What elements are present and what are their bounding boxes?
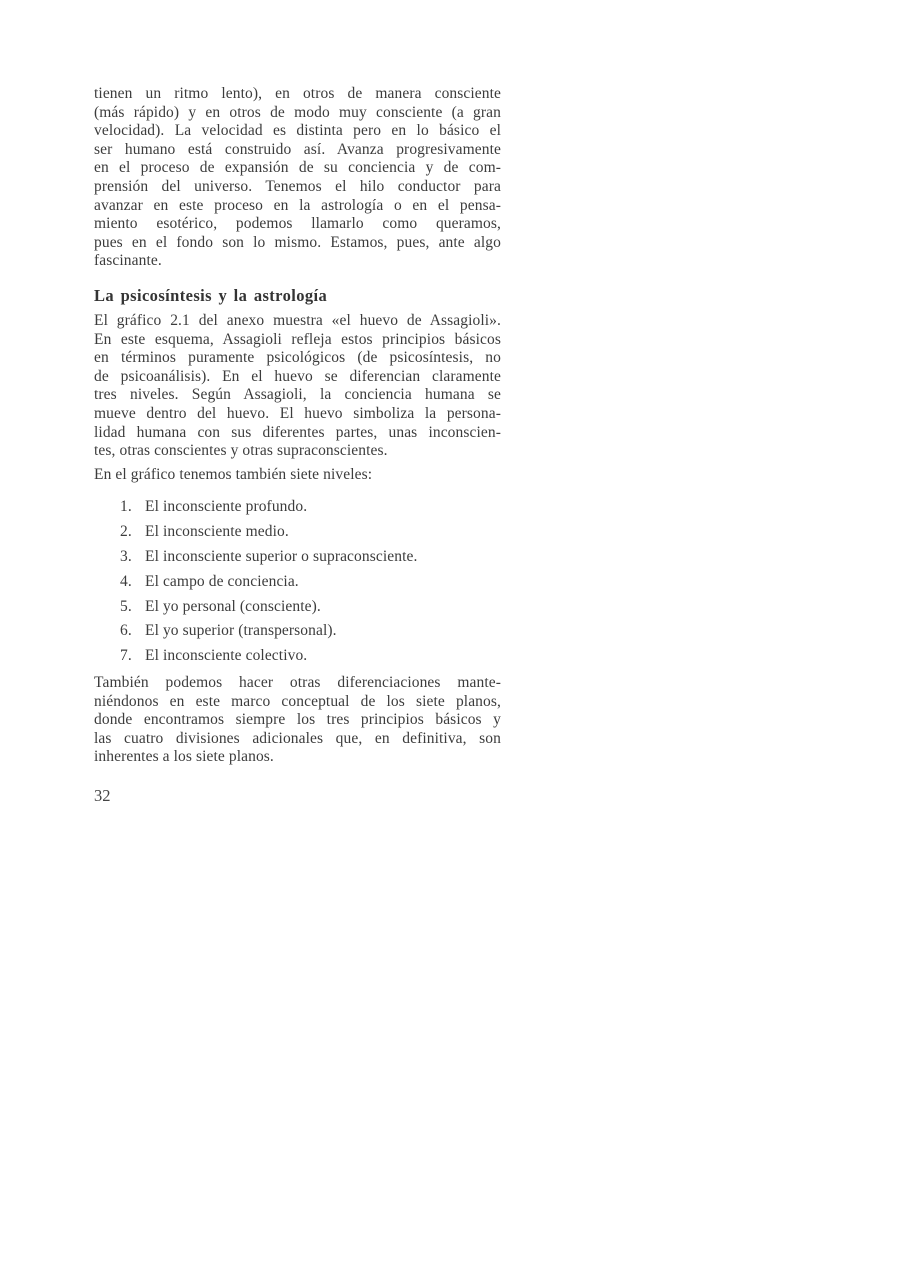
list-item-text: El yo superior (transpersonal). <box>145 622 337 640</box>
text-line: El gráfico 2.1 del anexo muestra «el hue… <box>94 312 501 331</box>
body-paragraph-1: tienen un ritmo lento), en otros de mane… <box>94 85 501 271</box>
text-line: avanzar en este proceso en la astrología… <box>94 197 501 216</box>
text-line: prensión del universo. Tenemos el hilo c… <box>94 178 501 197</box>
list-item: 7. El inconsciente colectivo. <box>94 647 501 672</box>
list-item-number: 3. <box>120 548 145 566</box>
list-item: 6. El yo superior (transpersonal). <box>94 622 501 647</box>
text-line: en términos puramente psicológicos (de p… <box>94 349 501 368</box>
book-page: tienen un ritmo lento), en otros de mane… <box>0 0 905 1280</box>
list-item-number: 1. <box>120 498 145 516</box>
list-item-text: El inconsciente colectivo. <box>145 647 307 665</box>
text-line: en el proceso de expansión de su concien… <box>94 159 501 178</box>
text-line: fascinante. <box>94 252 501 271</box>
text-line: pues en el fondo son lo mismo. Estamos, … <box>94 234 501 253</box>
text-line: lidad humana con sus diferentes partes, … <box>94 424 501 443</box>
text-line: miento esotérico, podemos llamarlo como … <box>94 215 501 234</box>
text-line: tres niveles. Según Assagioli, la concie… <box>94 386 501 405</box>
text-line: las cuatro divisiones adicionales que, e… <box>94 730 501 749</box>
list-item: 4. El campo de conciencia. <box>94 573 501 598</box>
section-heading: La psicosíntesis y la astrología <box>94 286 501 306</box>
text-line: En este esquema, Assagioli refleja estos… <box>94 331 501 350</box>
body-paragraph-2: El gráfico 2.1 del anexo muestra «el hue… <box>94 312 501 461</box>
list-item-text: El yo personal (consciente). <box>145 598 321 616</box>
list-item-number: 6. <box>120 622 145 640</box>
list-item-number: 5. <box>120 598 145 616</box>
text-line: También podemos hacer otras diferenciaci… <box>94 674 501 693</box>
list-item: 1. El inconsciente profundo. <box>94 498 501 523</box>
page-number: 32 <box>94 786 111 806</box>
list-item-number: 4. <box>120 573 145 591</box>
text-line: velocidad). La velocidad es distinta per… <box>94 122 501 141</box>
list-item-text: El inconsciente superior o supraconscien… <box>145 548 417 566</box>
text-line: de psicoanálisis). En el huevo se difere… <box>94 368 501 387</box>
text-line: mueve dentro del huevo. El huevo simboli… <box>94 405 501 424</box>
text-line: inherentes a los siete planos. <box>94 748 501 767</box>
list-item-number: 2. <box>120 523 145 541</box>
list-item: 5. El yo personal (consciente). <box>94 598 501 623</box>
numbered-list: 1. El inconsciente profundo. 2. El incon… <box>94 498 501 672</box>
text-line: (más rápido) y en otros de modo muy cons… <box>94 104 501 123</box>
list-intro: En el gráfico tenemos también siete nive… <box>94 466 501 485</box>
body-paragraph-3: También podemos hacer otras diferenciaci… <box>94 674 501 767</box>
list-item-number: 7. <box>120 647 145 665</box>
list-item-text: El campo de conciencia. <box>145 573 299 591</box>
list-item: 3. El inconsciente superior o supraconsc… <box>94 548 501 573</box>
list-item-text: El inconsciente profundo. <box>145 498 307 516</box>
text-line: donde encontramos siempre los tres princ… <box>94 711 501 730</box>
text-line: niéndonos en este marco conceptual de lo… <box>94 693 501 712</box>
list-item-text: El inconsciente medio. <box>145 523 289 541</box>
text-line: ser humano está construido así. Avanza p… <box>94 141 501 160</box>
list-item: 2. El inconsciente medio. <box>94 523 501 548</box>
text-line: tes, otras conscientes y otras supracons… <box>94 442 501 461</box>
text-line: tienen un ritmo lento), en otros de mane… <box>94 85 501 104</box>
